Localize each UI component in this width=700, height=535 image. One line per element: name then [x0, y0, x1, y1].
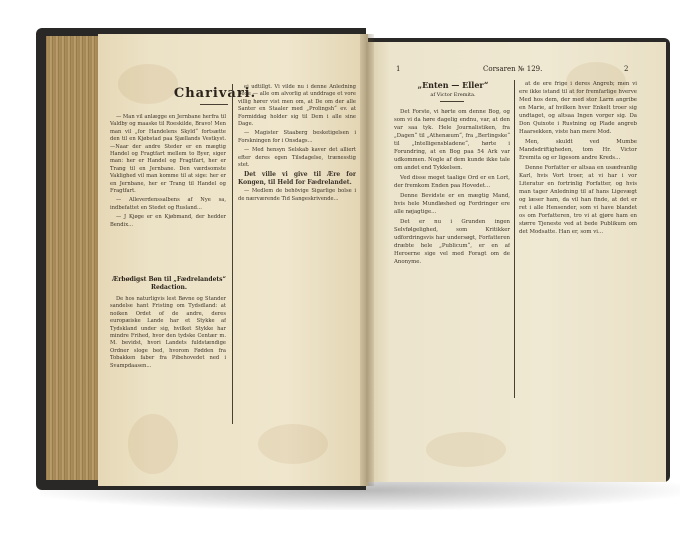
paragraph: — Alleverdenssalbens af Nye sa, indbefat…: [110, 197, 226, 212]
left-column-1-top: — Man vil anlægge en Jernbane herfra til…: [110, 114, 226, 274]
left-column-2: ei udtillgt. Vi vilde nu i denne Anledni…: [238, 84, 356, 424]
page-number-left: 1: [396, 65, 400, 73]
paragraph: — J Kjøge er en Kjøbmand, der hedder Ben…: [110, 214, 226, 229]
right-column-1: Det Forste, vi hørte om denne Bog, og so…: [394, 108, 510, 398]
article-title: „Enten — Eller“: [398, 80, 508, 90]
title-divider: [200, 104, 228, 105]
right-column-2: at de ere frige i deres Angreb; men vi e…: [519, 80, 637, 398]
subtitle-divider: [440, 101, 464, 102]
book-gutter: [360, 34, 374, 486]
bold-paragraph: Det ville vi give til Ære for Kongen, ti…: [238, 171, 356, 186]
column-rule: [232, 84, 233, 424]
article-subtitle: af Victor Eremita.: [398, 92, 508, 98]
paragraph: Denne Forfatter er altsaa en usædvanlig …: [519, 164, 637, 236]
paragraph: Men, skuldt ved Mumbe Mandsdriftigheden,…: [519, 138, 637, 162]
paragraph: — Magister Staaberg besketigelsen i Fors…: [238, 130, 356, 145]
paragraph: at de ere frige i deres Angreb; men vi e…: [519, 80, 637, 136]
page-edges: [46, 36, 104, 480]
left-column-heading: Ærbødigst Bøn til „Fædrelandets“ Redacti…: [108, 276, 230, 292]
paragraph: De hos naturligvis lest Bøvne og Stander…: [110, 296, 226, 370]
paragraph: Det er nu i Grunden ingen Selvfølgelighe…: [394, 218, 510, 266]
issue-header: Corsaren № 129.: [483, 65, 542, 73]
page-number-right: 2: [624, 65, 628, 73]
paragraph: — Medlem de behövige Sigarlige bolse i d…: [238, 188, 356, 203]
paragraph: — Man vil anlægge en Jernbane herfra til…: [110, 114, 226, 195]
paragraph: Det Forste, vi hørte om denne Bog, og so…: [394, 108, 510, 172]
column-rule: [514, 80, 515, 398]
paragraph: ei udtillgt. Vi vilde nu i denne Anledni…: [238, 84, 356, 128]
paragraph: Ved disse meget taalige Ord er en Lort, …: [394, 174, 510, 190]
left-column-1-bottom: De hos naturligvis lest Bøvne og Stander…: [110, 296, 226, 422]
paragraph: — Med hensyn Selskab kaver det alliert e…: [238, 147, 356, 169]
paragraph: Denne Bevidste er en mægtig Mand, hvis h…: [394, 192, 510, 216]
